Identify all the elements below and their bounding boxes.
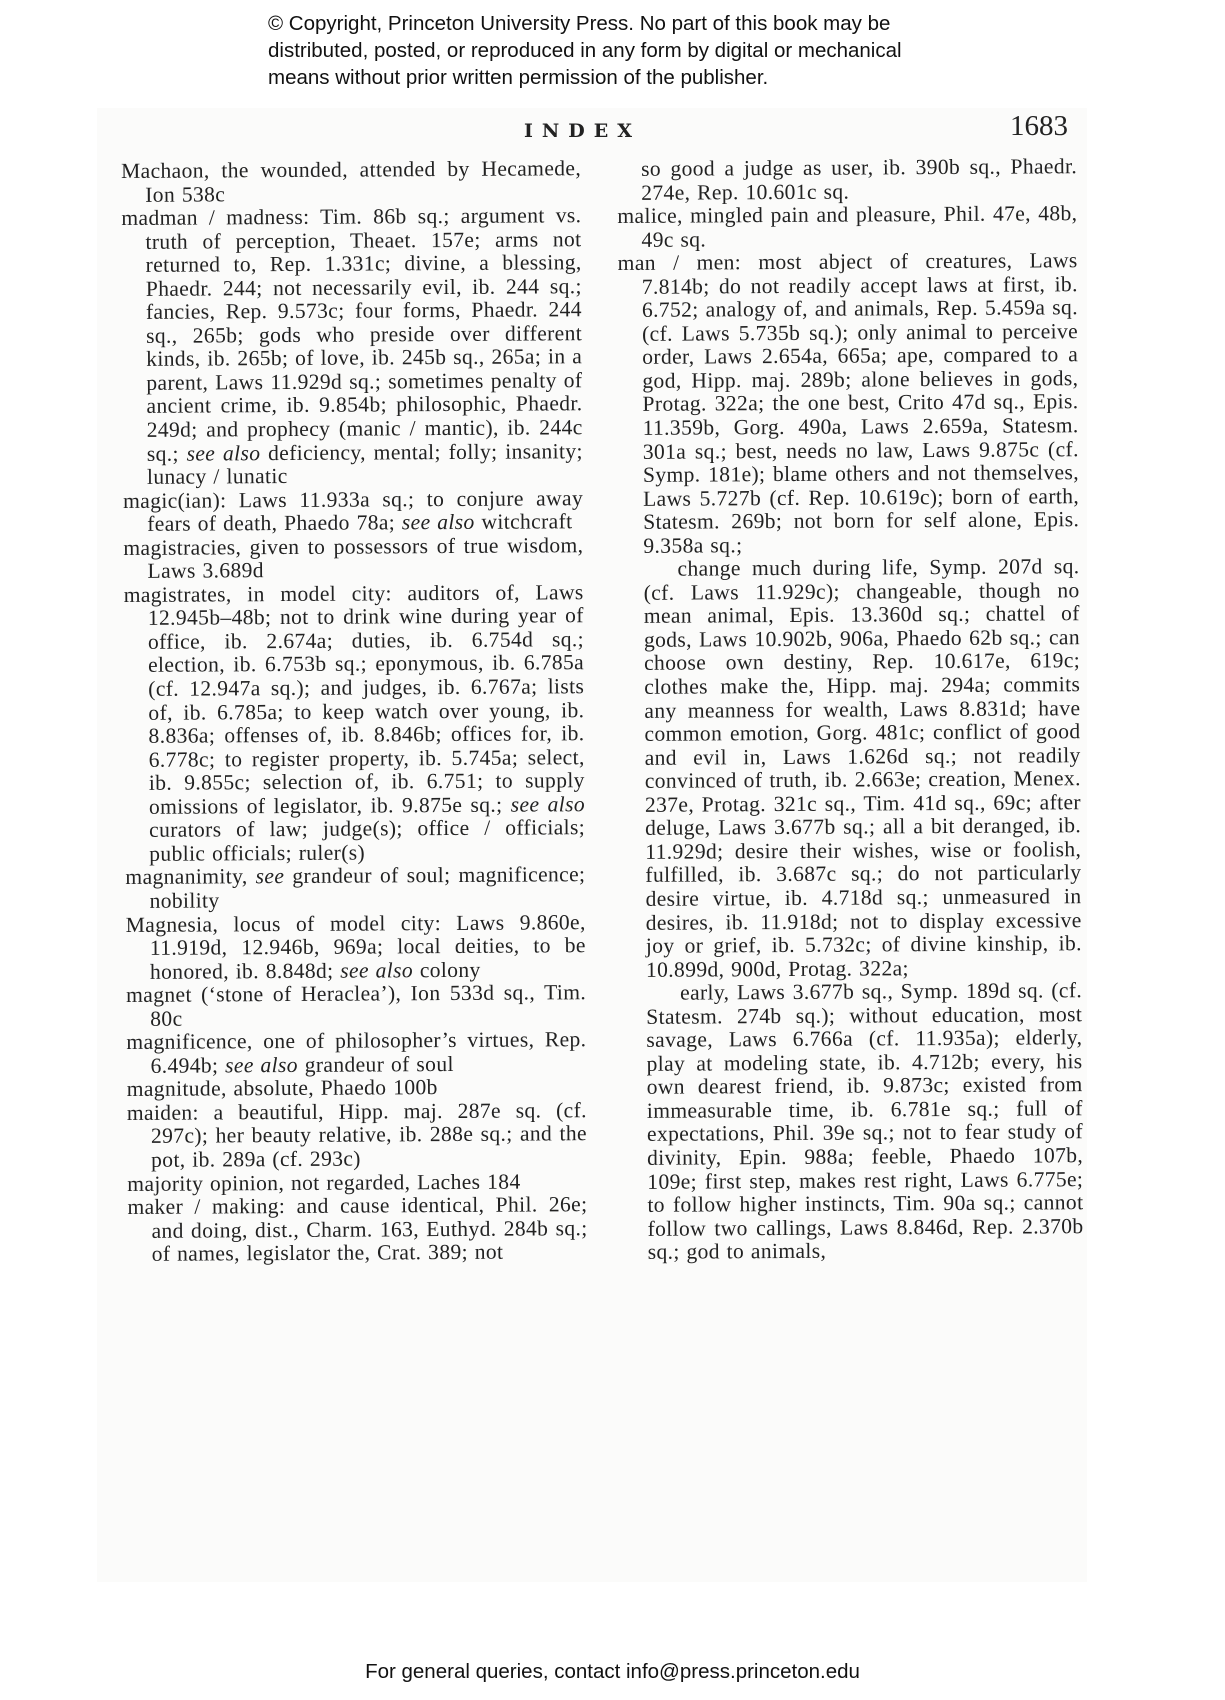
entry-locators: (‘stone of Heraclea’), Ion 533d sq., Tim… — [150, 980, 586, 1030]
copyright-line: means without prior written permission o… — [268, 64, 1028, 91]
cross-reference-targets: colony — [420, 957, 481, 981]
entry-heading: madman / madness: — [121, 205, 309, 230]
copyright-line: © Copyright, Princeton University Press.… — [268, 10, 1028, 37]
cross-reference-label: see — [256, 864, 285, 888]
index-entry: Magnesia, locus of model city: Laws 9.86… — [126, 911, 586, 984]
cross-reference-targets: curators of law; judge(s); office / offi… — [149, 815, 585, 865]
index-column-left: Machaon, the wounded, attended by Hecame… — [121, 157, 588, 1266]
cross-reference-label: see also — [340, 958, 413, 982]
index-entry: change much during life, Symp. 207d sq. … — [619, 555, 1082, 982]
cross-reference-targets: witchcraft — [481, 509, 572, 534]
entry-locators: most abject of creatures, Laws 7.814b; d… — [642, 248, 1080, 557]
entry-locators: early, Laws 3.677b sq., Symp. 189d sq. (… — [646, 978, 1083, 1264]
entry-heading: magnitude, — [127, 1077, 227, 1102]
entry-locators: so good a judge as user, ib. 390b sq., P… — [641, 154, 1077, 204]
cross-reference-label: see also — [186, 441, 260, 465]
index-entry: magnificence, one of philosopher’s virtu… — [126, 1028, 586, 1078]
entry-heading: Magnesia, — [126, 912, 219, 937]
index-entry: malice, mingled pain and pleasure, Phil.… — [617, 202, 1077, 252]
index-entry: early, Laws 3.677b sq., Symp. 189d sq. (… — [622, 979, 1084, 1264]
entry-heading: magnanimity, — [125, 865, 247, 890]
entry-heading: maker / making: — [127, 1194, 285, 1219]
running-title: INDEX — [524, 120, 641, 142]
index-entry: maker / making: and cause identical, Phi… — [127, 1193, 587, 1266]
index-entry: magic(ian): Laws 11.933a sq.; to conjure… — [123, 487, 583, 537]
index-column-right: so good a judge as user, ib. 390b sq., P… — [617, 155, 1084, 1264]
copyright-line: distributed, posted, or reproduced in an… — [268, 37, 1028, 64]
entry-heading: man / men: — [618, 250, 742, 275]
index-entry: man / men: most abject of creatures, Law… — [618, 249, 1080, 558]
cross-reference-targets: grandeur of soul — [305, 1052, 454, 1077]
index-entry: magistracies, given to possessors of tru… — [123, 534, 583, 584]
entry-heading: magnificence, — [126, 1029, 252, 1054]
index-entry: maiden: a beautiful, Hipp. maj. 287e sq.… — [127, 1099, 587, 1172]
entry-locators: absolute, Phaedo 100b — [233, 1075, 437, 1100]
entry-heading: Machaon, the wounded, attended by — [121, 157, 470, 183]
entry-heading: magnet — [126, 983, 192, 1007]
cross-reference-label: see also — [402, 510, 475, 534]
entry-heading: malice, — [617, 204, 683, 228]
contact-footer: For general queries, contact info@press.… — [0, 1660, 1225, 1684]
entry-locators: a beautiful, Hipp. maj. 287e sq. (cf. 29… — [151, 1098, 587, 1172]
entry-locators: Tim. 86b sq.; argument vs. truth of perc… — [145, 203, 582, 465]
entry-locators: in model city: auditors of, Laws 12.945b… — [148, 580, 585, 819]
index-entry: so good a judge as user, ib. 390b sq., P… — [617, 155, 1077, 205]
index-entry: madman / madness: Tim. 86b sq.; argument… — [121, 204, 583, 489]
cross-reference-label: see also — [511, 792, 585, 816]
index-entry: Machaon, the wounded, attended by Hecame… — [121, 157, 581, 207]
entry-heading: magistrates, — [124, 582, 232, 607]
entry-heading: majority opinion, — [127, 1171, 284, 1196]
copyright-notice: © Copyright, Princeton University Press.… — [268, 10, 1028, 91]
entry-locators: mingled pain and pleasure, Phil. 47e, 48… — [641, 201, 1077, 251]
index-entry: magnanimity, see grandeur of soul; magni… — [125, 864, 585, 914]
entry-heading: magistracies, — [123, 535, 241, 560]
entry-locators: not regarded, Laches 184 — [291, 1169, 521, 1194]
entry-heading: magic(ian): — [123, 488, 227, 513]
index-entry: magnet (‘stone of Heraclea’), Ion 533d s… — [126, 981, 586, 1031]
page-number: 1683 — [1010, 110, 1068, 143]
cross-reference-label: see also — [225, 1053, 298, 1077]
scanned-page: INDEX 1683 Machaon, the wounded, attende… — [97, 108, 1087, 1582]
entry-locators: change much during life, Symp. 207d sq. … — [644, 554, 1082, 981]
entry-heading: maiden: — [127, 1100, 199, 1124]
index-entry: magistrates, in model city: auditors of,… — [124, 581, 586, 866]
